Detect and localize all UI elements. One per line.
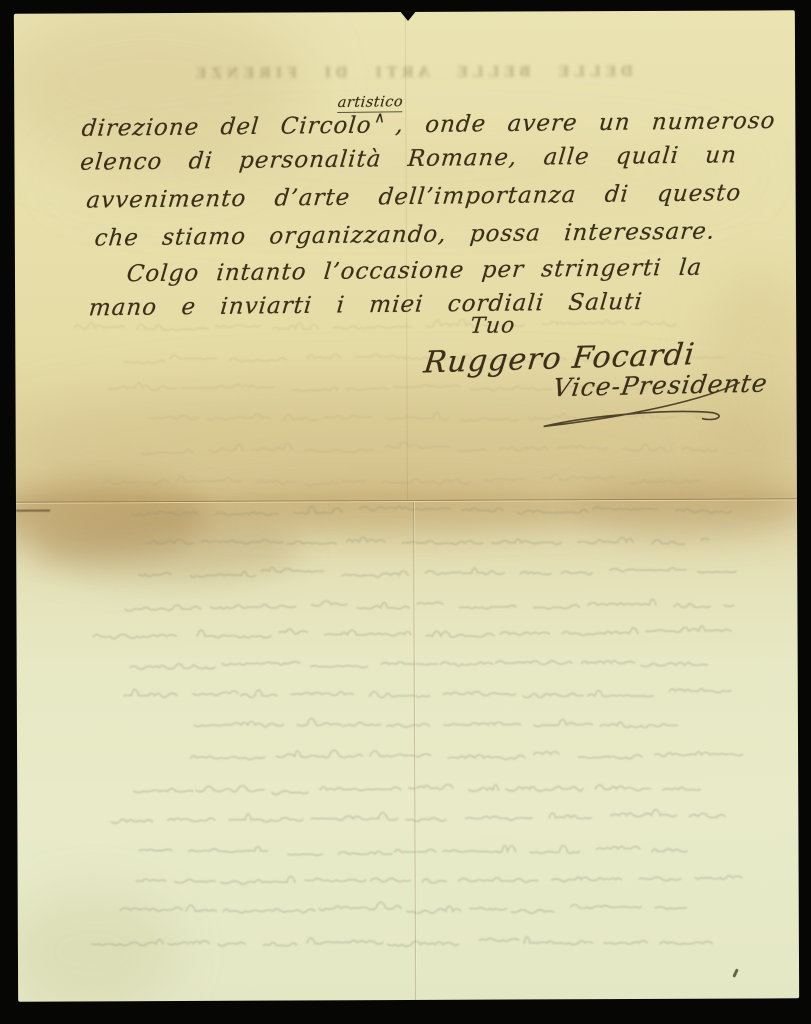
signature-flourish: [14, 10, 799, 1001]
scan-background: DELLE BELLE ARTI DI FIRENZE direzione de…: [0, 0, 811, 1024]
paper-top-notch: [399, 10, 417, 21]
letter-page: DELLE BELLE ARTI DI FIRENZE direzione de…: [14, 10, 799, 1001]
